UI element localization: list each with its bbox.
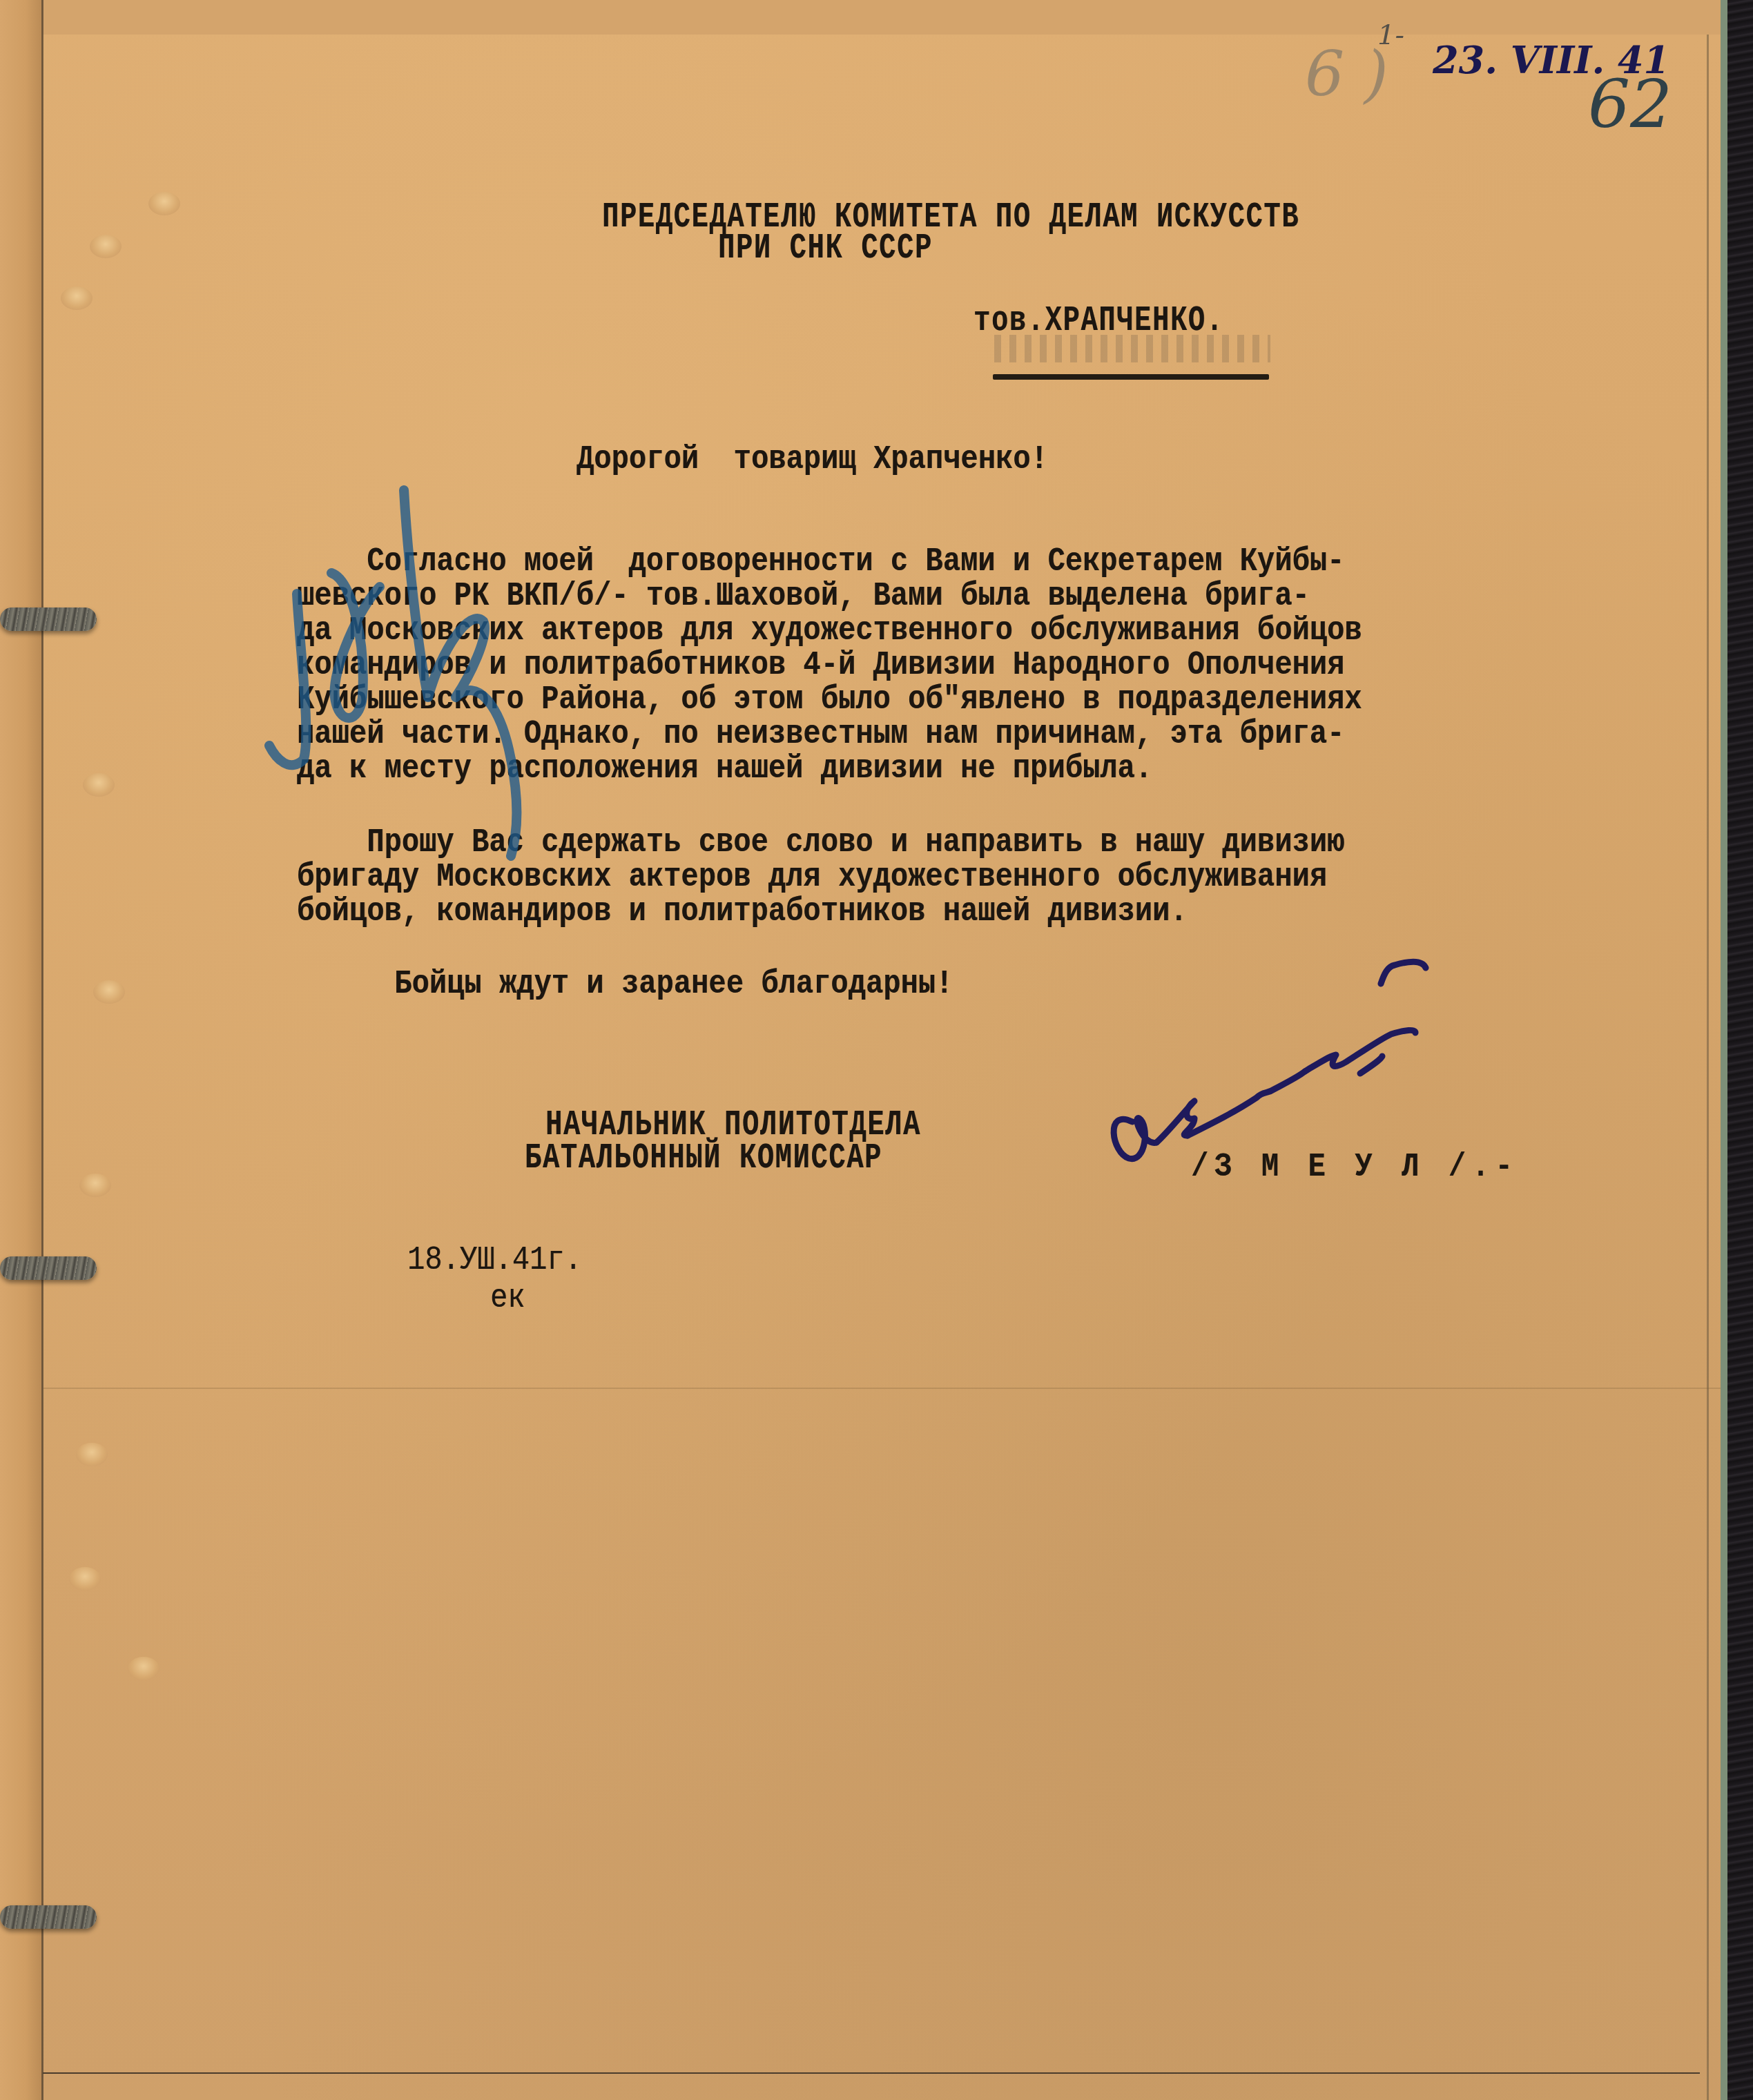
letter-date: 18.УШ.41г.	[407, 1243, 582, 1277]
binding-twine-top	[0, 607, 97, 631]
handwritten-signature	[1091, 953, 1478, 1180]
struck-through-typing	[994, 335, 1270, 362]
sheet-edge	[1707, 35, 1709, 2100]
addressee-line-2: ПРИ СНК СССР	[718, 228, 933, 269]
punch-hole	[128, 1657, 159, 1680]
pencil-mark-bracket: 6 )	[1305, 38, 1388, 110]
binding-fold	[41, 0, 43, 2100]
punch-hole	[61, 286, 93, 310]
fold-crease	[43, 1388, 1721, 1389]
typist-initials: ек	[490, 1281, 525, 1315]
punch-hole	[76, 1443, 108, 1466]
blue-pencil-resolution	[262, 469, 552, 856]
text-line: бригаду Московских актеров для художеств…	[297, 859, 1327, 894]
text-line: бойцов, командиров и политработников наш…	[297, 894, 1188, 929]
page-number: 62	[1588, 66, 1672, 143]
text-line: Бойцы ждут и заранее благодарны!	[325, 966, 953, 1001]
top-page-strip	[43, 0, 1721, 37]
punch-hole	[83, 773, 115, 797]
salutation: Дорогой товарищ Храпченко!	[577, 442, 1048, 476]
bottom-crease	[43, 2072, 1700, 2074]
binding-twine-bottom	[0, 1905, 97, 1929]
punch-hole	[69, 1567, 101, 1591]
left-page-stub	[0, 0, 43, 2100]
signer-title-line-2: БАТАЛЬОННЫЙ КОМИССАР	[525, 1138, 882, 1178]
punch-hole	[79, 1174, 111, 1197]
punch-hole	[90, 235, 122, 258]
addressee-line-1: ПРЕДСЕДАТЕЛЮ КОМИТЕТА ПО ДЕЛАМ ИСКУССТВ	[602, 197, 1299, 237]
binding-twine-middle	[0, 1256, 97, 1280]
punch-hole	[93, 980, 125, 1004]
addressee-underline	[993, 374, 1269, 380]
punch-hole	[148, 192, 180, 215]
